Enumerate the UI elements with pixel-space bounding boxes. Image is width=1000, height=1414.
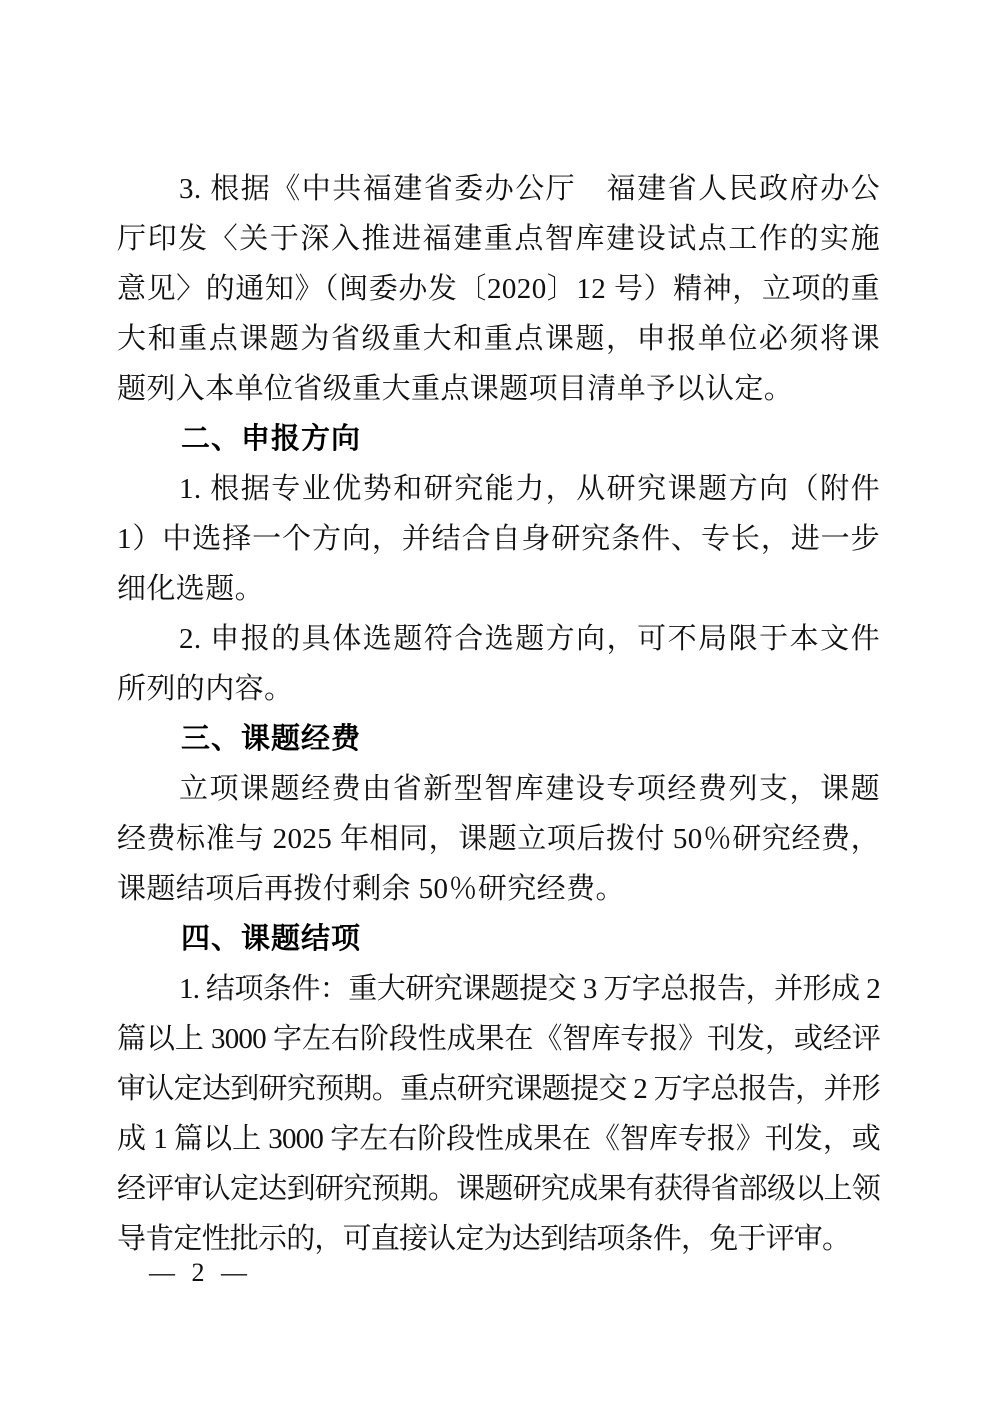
body-paragraph: 1. 根据专业优势和研究能力，从研究课题方向（附件1）中选择一个方向，并结合自身… (117, 464, 880, 614)
body-paragraph: 3. 根据《中共福建省委办公厅 福建省人民政府办公厅印发〈关于深入推进福建重点智… (117, 164, 880, 414)
document-page: 3. 根据《中共福建省委办公厅 福建省人民政府办公厅印发〈关于深入推进福建重点智… (0, 0, 1000, 1414)
section-heading: 二、申报方向 (117, 414, 880, 464)
body-paragraph: 2. 申报的具体选题符合选题方向，可不局限于本文件所列的内容。 (117, 614, 880, 714)
section-heading: 三、课题经费 (117, 714, 880, 764)
body-paragraph: 1. 结项条件：重大研究课题提交 3 万字总报告，并形成 2 篇以上 3000 … (117, 964, 880, 1264)
body-paragraph: 立项课题经费由省新型智库建设专项经费列支，课题经费标准与 2025 年相同，课题… (117, 764, 880, 914)
section-heading: 四、课题结项 (117, 914, 880, 964)
document-body: 3. 根据《中共福建省委办公厅 福建省人民政府办公厅印发〈关于深入推进福建重点智… (117, 164, 880, 1264)
page-number-footer: — 2 — (149, 1259, 248, 1287)
